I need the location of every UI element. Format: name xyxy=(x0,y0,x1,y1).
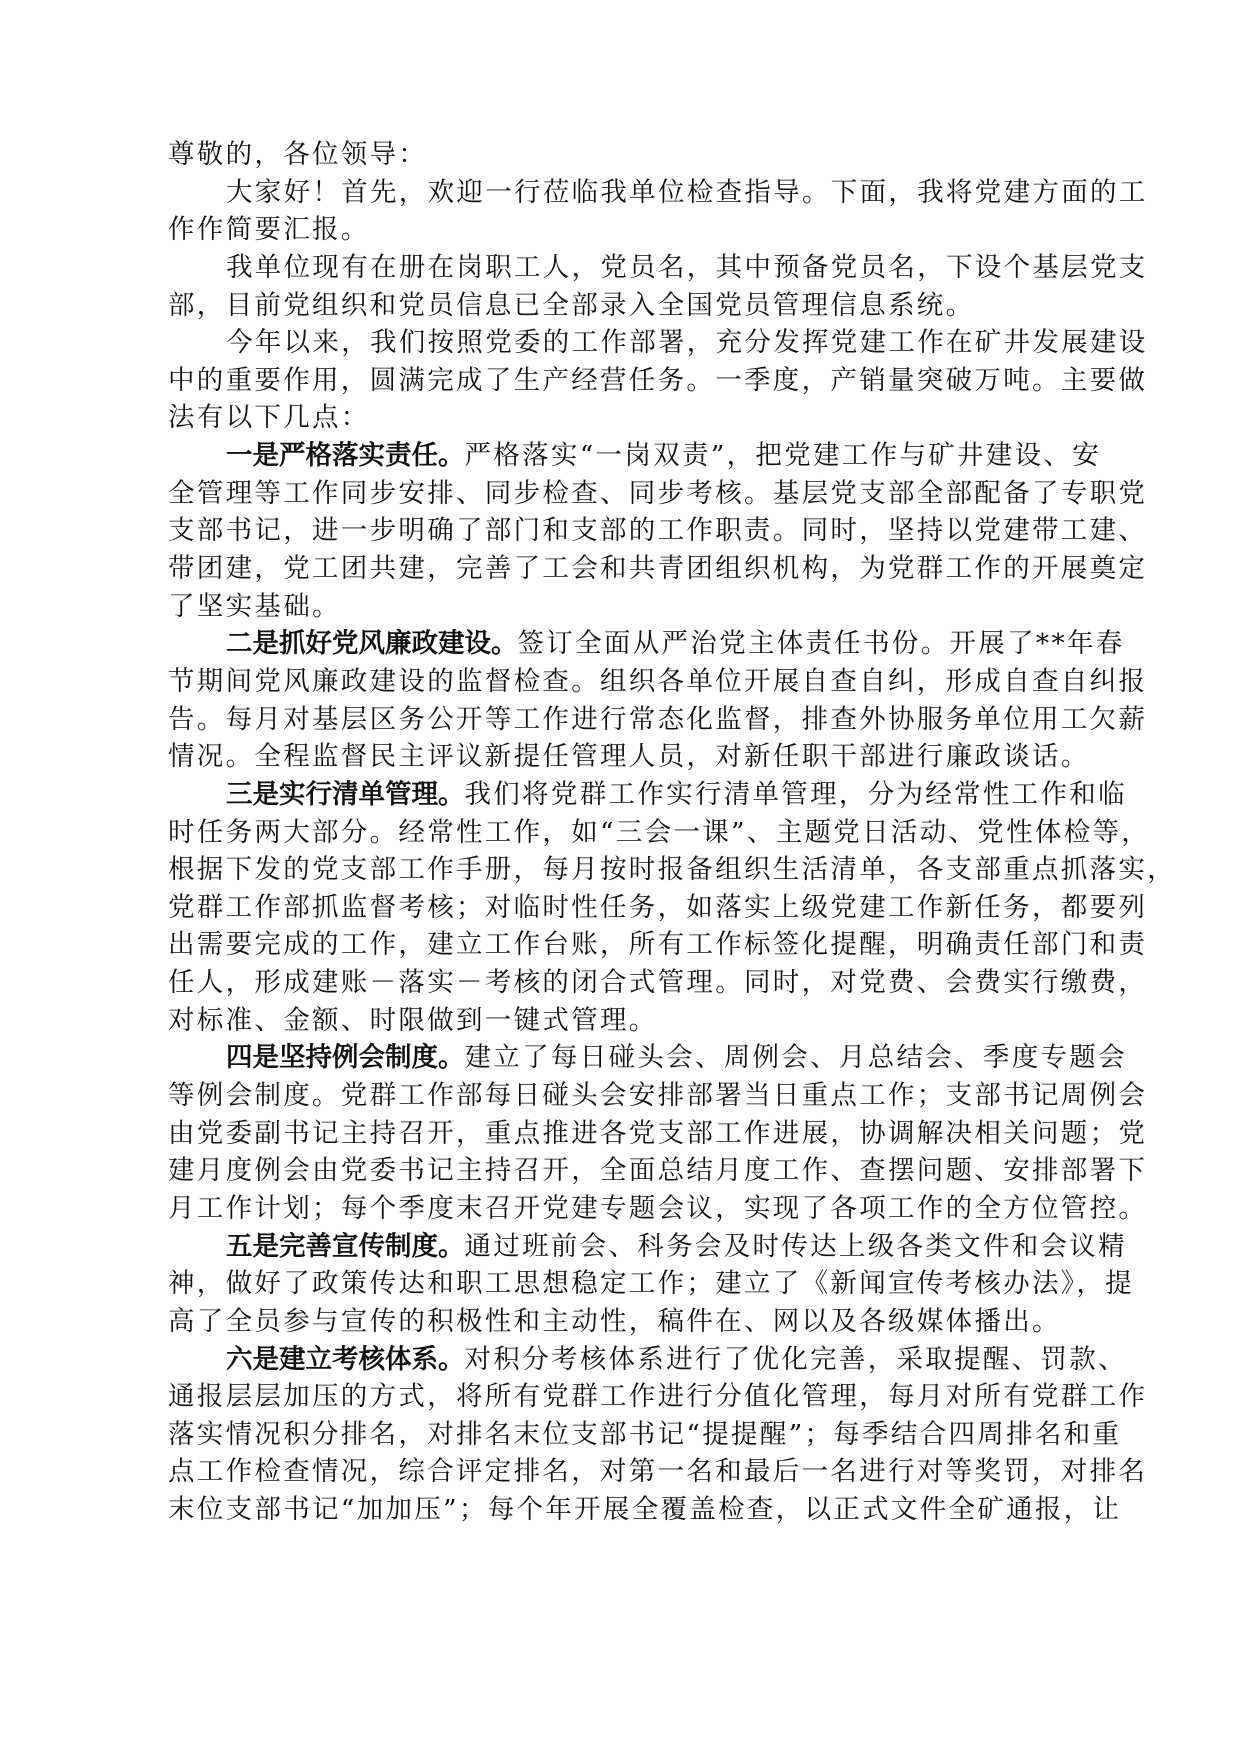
paragraph-line: 根据下发的党支部工作手册，每月按时报备组织生活清单，各支部重点抓落实， xyxy=(168,851,1048,889)
paragraph-line: 时任务两大部分。经常性工作，如“三会一课”、主题党日活动、党性体检等， xyxy=(168,814,1048,852)
paragraph-line: 四是坚持例会制度。建立了每日碰头会、周例会、月总结会、季度专题会 xyxy=(168,1039,1048,1077)
paragraph-line: 节期间党风廉政建设的监督检查。组织各单位开展自查自纠，形成自查自纠报 xyxy=(168,663,1048,701)
section-heading: 六是建立考核体系。 xyxy=(226,1344,465,1375)
paragraph-line: 中的重要作用，圆满完成了生产经营任务。一季度，产销量突破万吨。主要做 xyxy=(168,362,1048,400)
paragraph-line: 对标准、金额、时限做到一键式管理。 xyxy=(168,1002,1048,1040)
paragraph-line: 神，做好了政策传达和职工思想稳定工作；建立了《新闻宣传考核办法》，提 xyxy=(168,1265,1048,1303)
paragraph-line: 告。每月对基层区务公开等工作进行常态化监督，排查外协服务单位用工欠薪 xyxy=(168,701,1048,739)
paragraph-line: 部，目前党组织和党员信息已全部录入全国党员管理信息系统。 xyxy=(168,287,1048,325)
paragraph-line: 月工作计划；每个季度末召开党建专题会议，实现了各项工作的全方位管控。 xyxy=(168,1190,1048,1228)
paragraph-line: 作作简要汇报。 xyxy=(168,211,1048,249)
paragraph-line: 建月度例会由党委书记主持召开，全面总结月度工作、查摆问题、安排部署下 xyxy=(168,1152,1048,1190)
paragraph-line: 情况。全程监督民主评议新提任管理人员，对新任职干部进行廉政谈话。 xyxy=(168,738,1048,776)
paragraph-line: 法有以下几点： xyxy=(168,399,1048,437)
paragraph-line: 带团建，党工团共建，完善了工会和共青团组织机构，为党群工作的开展奠定 xyxy=(168,550,1048,588)
section-heading: 一是严格落实责任。 xyxy=(226,440,465,471)
paragraph-line: 我单位现有在册在岗职工人，党员名，其中预备党员名，下设个基层党支 xyxy=(168,249,1048,287)
paragraph-line: 大家好！首先，欢迎一行莅临我单位检查指导。下面，我将党建方面的工 xyxy=(168,174,1048,212)
paragraph-line: 由党委副书记主持召开，重点推进各党支部工作进展，协调解决相关问题；党 xyxy=(168,1115,1048,1153)
section-heading: 三是实行清单管理。 xyxy=(226,779,465,810)
paragraph-line: 党群工作部抓监督考核；对临时性任务，如落实上级党建工作新任务，都要列 xyxy=(168,889,1048,927)
paragraph-line: 二是抓好党风廉政建设。签订全面从严治党主体责任书份。开展了**年春 xyxy=(168,625,1048,663)
paragraph-line: 五是完善宣传制度。通过班前会、科务会及时传达上级各类文件和会议精 xyxy=(168,1228,1048,1266)
paragraph-line: 今年以来，我们按照党委的工作部署，充分发挥党建工作在矿井发展建设 xyxy=(168,324,1048,362)
paragraph-line: 末位支部书记“加加压”；每个年开展全覆盖检查，以正式文件全矿通报，让 xyxy=(168,1491,1048,1529)
section-heading: 四是坚持例会制度。 xyxy=(226,1042,465,1073)
paragraph-line: 支部书记，进一步明确了部门和支部的工作职责。同时，坚持以党建带工建、 xyxy=(168,512,1048,550)
paragraph-line: 任人，形成建账－落实－考核的闭合式管理。同时，对党费、会费实行缴费， xyxy=(168,964,1048,1002)
paragraph-line: 三是实行清单管理。我们将党群工作实行清单管理，分为经常性工作和临 xyxy=(168,776,1048,814)
paragraph-line: 等例会制度。党群工作部每日碰头会安排部署当日重点工作；支部书记周例会 xyxy=(168,1077,1048,1115)
document-page: 尊敬的，各位领导： 大家好！首先，欢迎一行莅临我单位检查指导。下面，我将党建方面… xyxy=(168,136,1048,1529)
section-heading: 二是抓好党风廉政建设。 xyxy=(226,628,518,659)
section-heading: 五是完善宣传制度。 xyxy=(226,1231,465,1262)
paragraph-line: 落实情况积分排名，对排名末位支部书记“提提醒”；每季结合四周排名和重 xyxy=(168,1416,1048,1454)
paragraph-line: 出需要完成的工作，建立工作台账，所有工作标签化提醒，明确责任部门和责 xyxy=(168,926,1048,964)
paragraph-line: 了坚实基础。 xyxy=(168,588,1048,626)
paragraph-line: 六是建立考核体系。对积分考核体系进行了优化完善，采取提醒、罚款、 xyxy=(168,1341,1048,1379)
paragraph-line: 通报层层加压的方式，将所有党群工作进行分值化管理，每月对所有党群工作 xyxy=(168,1378,1048,1416)
salutation: 尊敬的，各位领导： xyxy=(168,136,1048,174)
paragraph-line: 一是严格落实责任。严格落实“一岗双责”，把党建工作与矿井建设、安 xyxy=(168,437,1048,475)
paragraph-line: 点工作检查情况，综合评定排名，对第一名和最后一名进行对等奖罚，对排名 xyxy=(168,1453,1048,1491)
paragraph-line: 高了全员参与宣传的积极性和主动性，稿件在、网以及各级媒体播出。 xyxy=(168,1303,1048,1341)
paragraph-line: 全管理等工作同步安排、同步检查、同步考核。基层党支部全部配备了专职党 xyxy=(168,475,1048,513)
